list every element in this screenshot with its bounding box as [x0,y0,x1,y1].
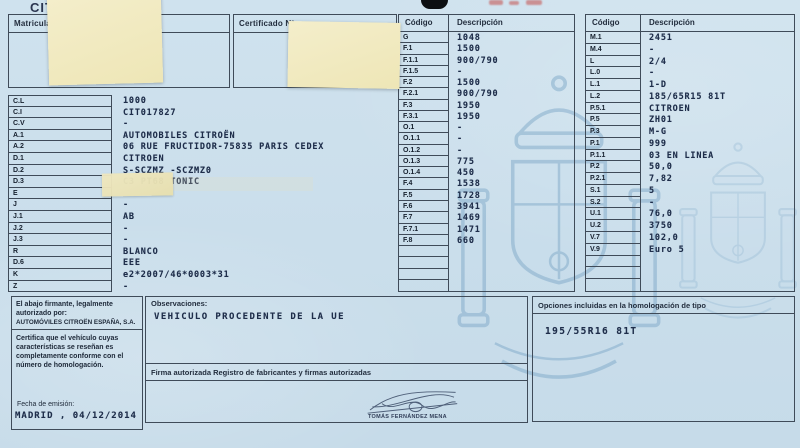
code-cell: J.1 [8,211,112,223]
code-cell: F.7.1 [399,224,449,235]
fecha-emision-value: MADRID , 04/12/2014 [15,411,137,421]
table-row: F.51728 [399,190,574,201]
table-row: Ke2*2007/46*0003*31 [8,269,397,281]
code-cell: P.5 [586,114,641,126]
codigo-header: Código [399,15,449,31]
code-cell: F.1 [399,43,449,54]
value-cell: 999 [641,138,794,150]
code-cell: P.2.1 [586,173,641,185]
table-row: O.1.2- [399,145,574,156]
opciones-label: Opciones incluidas en la homologación de… [533,297,794,314]
value-cell: 102,0 [641,232,794,244]
code-cell: V.9 [586,244,641,256]
value-cell: 03 EN LINEA [641,150,794,162]
fecha-emision-label: Fecha de emisión: [17,400,74,409]
value-cell: 1950 [449,100,574,111]
code-cell: L [586,56,641,68]
table-header: Código Descripción [586,15,794,32]
table-row: F.1.5- [399,66,574,77]
code-cell: P.1 [586,138,641,150]
table-row: L.11-D [586,79,794,91]
vehicle-data-table-left: C.L1000C.ICIT017827C.V-A.1AUTOMOBILES CI… [8,95,397,292]
code-cell: O.1.1 [399,133,449,144]
table-row: J.2- [8,223,397,235]
table-row: F.1.1900/790 [399,55,574,66]
code-cell [399,246,449,257]
code-cell [399,257,449,268]
value-cell: 2451 [641,32,794,44]
value-cell: BLANCO [112,246,397,258]
firma-label: Firma autorizada Registro de fabricantes… [146,364,527,381]
table-row: F.2.1900/790 [399,88,574,99]
code-cell: F.1.5 [399,66,449,77]
table-row: C.ICIT017827 [8,107,397,119]
table-row: O.1.1- [399,133,574,144]
value-cell: 775 [449,156,574,167]
code-cell: A.1 [8,130,112,142]
code-cell: U.2 [586,220,641,232]
code-cell: F.2.1 [399,88,449,99]
value-cell: - [112,234,397,246]
value-cell: 1500 [449,43,574,54]
value-cell: - [641,197,794,209]
code-cell: O.1 [399,122,449,133]
declaration-line1: El abajo firmante, legalmente autorizado… [16,300,138,318]
code-cell: U.1 [586,208,641,220]
table-row [399,257,574,268]
code-cell: F.3 [399,100,449,111]
tape-overlay [102,172,173,196]
value-cell: 450 [449,167,574,178]
value-cell: 1000 [112,95,397,107]
table-row: G1048 [399,32,574,43]
table-row: F.21500 [399,77,574,88]
code-cell: V.7 [586,232,641,244]
declaration-body: Certifica que el vehículo cuyas caracter… [12,330,142,370]
value-cell: - [449,133,574,144]
code-cell: F.5 [399,190,449,201]
table-row: O.1.4450 [399,167,574,178]
observaciones-box: Observaciones: VEHICULO PROCEDENTE DE LA… [145,296,528,364]
value-cell: 185/65R15 81T [641,91,794,103]
code-cell: G [399,32,449,43]
value-cell [449,257,574,268]
value-cell: - [112,223,397,235]
engine-data-table: Código Descripción M.12451M.4-L2/4L.0-L.… [585,14,795,292]
code-cell: F.4 [399,178,449,189]
value-cell [449,269,574,280]
table-row [399,280,574,291]
table-row: P.2.17,82 [586,173,794,185]
code-cell: S.2 [586,197,641,209]
code-cell: R [8,246,112,258]
value-cell: 7,82 [641,173,794,185]
table-row [586,279,794,291]
code-cell: F.8 [399,235,449,246]
value-cell [449,280,574,291]
scanned-certificate-page: CIT Matricula Certificado Nº C.L1000C.IC… [0,0,800,448]
red-stamp-fragment [509,1,519,5]
value-cell: 1469 [449,212,574,223]
code-cell: C.L [8,95,112,107]
value-cell: 76,0 [641,208,794,220]
code-cell: O.1.3 [399,156,449,167]
table-row: S.2- [586,197,794,209]
value-cell [641,279,794,291]
code-cell [586,267,641,279]
value-cell: 1538 [449,178,574,189]
value-cell: - [641,44,794,56]
code-cell [399,280,449,291]
code-cell: D.3 [8,176,112,188]
table-row: F.31950 [399,100,574,111]
value-cell: 1048 [449,32,574,43]
code-cell [586,256,641,268]
value-cell: 06 RUE FRUCTIDOR-75835 PARIS CEDEX [112,141,397,153]
table-row: F.63941 [399,201,574,212]
code-cell: S.1 [586,185,641,197]
value-cell: 2/4 [641,56,794,68]
table-row: O.1- [399,122,574,133]
declaration-company: AUTOMÓVILES CITROËN ESPAÑA, S.A. [16,318,138,327]
table-row: A.206 RUE FRUCTIDOR-75835 PARIS CEDEX [8,141,397,153]
code-cell: L.2 [586,91,641,103]
code-cell: P.2 [586,161,641,173]
code-cell: D.6 [8,257,112,269]
declaration-box: El abajo firmante, legalmente autorizado… [11,296,143,430]
sticky-note [47,0,163,85]
table-row: D.2S-SCZMZ -SCZMZ0 [8,165,397,177]
table-row: F.11500 [399,43,574,54]
value-cell: - [112,199,397,211]
code-cell: J [8,199,112,211]
value-cell: - [112,118,397,130]
table-header: Código Descripción [399,15,574,32]
opciones-value: 195/55R16 81T [533,314,794,337]
code-cell: J.3 [8,234,112,246]
red-stamp-fragment [526,0,542,5]
signatory-name: TOMÁS FERNÁNDEZ MENA [368,414,447,420]
code-cell: F.2 [399,77,449,88]
table-row: V.7102,0 [586,232,794,244]
value-cell: 50,0 [641,161,794,173]
value-cell: EEE [112,257,397,269]
table-row: F.41538 [399,178,574,189]
value-cell: - [449,122,574,133]
value-cell: AUTOMOBILES CITROËN [112,130,397,142]
table-row: D.6EEE [8,257,397,269]
code-cell: F.3.1 [399,111,449,122]
table-row: F.7.11471 [399,224,574,235]
code-cell: J.2 [8,223,112,235]
value-cell [449,246,574,257]
code-cell: E [8,188,112,200]
table-row: F.3.11950 [399,111,574,122]
value-cell: 3941 [449,201,574,212]
table-row: S.15 [586,185,794,197]
value-cell: 1-D [641,79,794,91]
table-row: J.3- [8,234,397,246]
table-row: M.12451 [586,32,794,44]
table-row: RBLANCO [8,246,397,258]
code-cell: L.1 [586,79,641,91]
value-cell: CITROEN [112,153,397,165]
table-row: L.0- [586,67,794,79]
table-row: C.L1000 [8,95,397,107]
value-cell: 3750 [641,220,794,232]
table-row: P.5ZH01 [586,114,794,126]
code-cell [399,269,449,280]
firma-box: Firma autorizada Registro de fabricantes… [145,363,528,423]
table-row [399,269,574,280]
table-row: C.V- [8,118,397,130]
value-cell: CITROEN [641,103,794,115]
table-row: U.176,0 [586,208,794,220]
value-cell [641,256,794,268]
code-cell: P.3 [586,126,641,138]
table-row: A.1AUTOMOBILES CITROËN [8,130,397,142]
table-row: M.4- [586,44,794,56]
code-cell: O.1.4 [399,167,449,178]
observaciones-value: VEHICULO PROCEDENTE DE LA UE [146,308,527,322]
red-stamp-fragment [489,0,503,5]
value-cell: - [641,67,794,79]
value-cell: - [449,145,574,156]
value-cell: 900/790 [449,55,574,66]
cut-off-stamp-fragment [421,0,448,9]
code-cell: P.5.1 [586,103,641,115]
value-cell: - [449,66,574,77]
value-cell [641,267,794,279]
descripcion-header: Descripción [449,15,574,31]
code-cell: L.0 [586,67,641,79]
value-cell: 1500 [449,77,574,88]
code-cell: D.2 [8,165,112,177]
value-cell: e2*2007/46*0003*31 [112,269,397,281]
code-cell: M.4 [586,44,641,56]
code-cell: A.2 [8,141,112,153]
code-cell: F.6 [399,201,449,212]
value-cell: ZH01 [641,114,794,126]
table-row: F.71469 [399,212,574,223]
code-cell: C.I [8,107,112,119]
codigo-header: Código [586,15,641,31]
code-cell: D.1 [8,153,112,165]
table-row [586,256,794,268]
code-cell [586,279,641,291]
code-cell: C.V [8,118,112,130]
observaciones-label: Observaciones: [146,297,527,308]
table-row: P.3M-G [586,126,794,138]
table-row: J- [8,199,397,211]
value-cell: M-G [641,126,794,138]
table-row: J.1AB [8,211,397,223]
value-cell: 900/790 [449,88,574,99]
value-cell: 1471 [449,224,574,235]
table-row: P.1999 [586,138,794,150]
code-cell: K [8,269,112,281]
table-row: L2/4 [586,56,794,68]
code-cell: Z [8,281,112,293]
table-row: V.9Euro 5 [586,244,794,256]
descripcion-header: Descripción [641,15,794,31]
code-cell: F.1.1 [399,55,449,66]
code-cell: P.1.1 [586,150,641,162]
value-cell: AB [112,211,397,223]
table-row: Z- [8,281,397,293]
code-cell: O.1.2 [399,145,449,156]
value-cell: Euro 5 [641,244,794,256]
table-row: L.2185/65R15 81T [586,91,794,103]
opciones-box: Opciones incluidas en la homologación de… [532,296,795,422]
table-row [586,267,794,279]
value-cell: 1728 [449,190,574,201]
table-row: F.8660 [399,235,574,246]
table-row [399,246,574,257]
sticky-note [287,21,400,89]
value-cell: 1950 [449,111,574,122]
value-cell: 5 [641,185,794,197]
table-row: P.250,0 [586,161,794,173]
dimensions-table: Código Descripción G1048F.11500F.1.1900/… [398,14,575,292]
value-cell: - [112,281,397,293]
value-cell: CIT017827 [112,107,397,119]
table-row: P.5.1CITROEN [586,103,794,115]
table-row: U.23750 [586,220,794,232]
table-row: O.1.3775 [399,156,574,167]
table-row: D.1CITROEN [8,153,397,165]
code-cell: F.7 [399,212,449,223]
table-row: P.1.103 EN LINEA [586,150,794,162]
code-cell: M.1 [586,32,641,44]
value-cell: 660 [449,235,574,246]
tape-smear [173,177,313,191]
